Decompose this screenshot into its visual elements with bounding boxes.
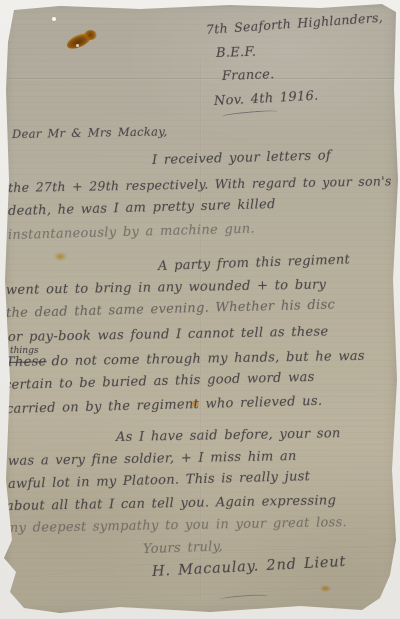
paper-speck: [76, 44, 79, 47]
rust-stain: [84, 30, 97, 40]
orange-stain: [320, 585, 331, 592]
letterhead-regiment: 7th Seaforth Highlanders,: [205, 10, 383, 37]
struck-word: These: [6, 354, 47, 370]
letter-line: the dead that same evening. Whether his …: [6, 297, 335, 321]
letter-line: or pay-book was found I cannot tell as t…: [8, 324, 329, 345]
letter-line: went out to bring in any wounded + to bu…: [6, 277, 327, 298]
letterhead-unit: B.E.F.: [216, 45, 257, 61]
letter-line: was a very fine soldier, + I miss him an: [8, 449, 297, 469]
letter-line: As I have said before, your son: [116, 426, 341, 445]
letter-line: my deepest sympathy to you in your great…: [6, 515, 347, 536]
letter-line: I received your letters of: [152, 148, 331, 168]
paper-speck: [52, 17, 56, 21]
pen-flourish: [220, 594, 268, 602]
letter-line-text: do not come through my hands, but he was: [51, 349, 365, 369]
letter-line: awful lot in my Platoon. This is really …: [8, 469, 311, 492]
letter-line: certain to be buried as this good word w…: [4, 370, 315, 393]
salutation: Dear Mr & Mrs Mackay,: [12, 124, 168, 141]
letter-line: about all that I can tell you. Again exp…: [6, 493, 336, 514]
letter-photograph: 7th Seaforth Highlanders, B.E.F. France.…: [0, 0, 400, 619]
letter-line: carried on by the regiment who relieved …: [6, 394, 323, 417]
letter-line: instantaneously by a machine gun.: [8, 222, 255, 243]
closing: Yours truly,: [143, 539, 223, 557]
letter-paper: 7th Seaforth Highlanders, B.E.F. France.…: [0, 0, 400, 619]
letter-line: death, he was I am pretty sure killed: [8, 197, 276, 219]
letter-line-with-correction: Thesedo not come through my hands, but h…: [6, 349, 365, 370]
letterhead-date: Nov. 4th 1916.: [214, 89, 319, 109]
yellow-stain: [54, 252, 67, 261]
pen-flourish: [222, 109, 278, 119]
letter-line: A party from this regiment: [158, 252, 351, 274]
signature: H. Macaulay. 2nd Lieut: [152, 554, 347, 580]
letterhead-place: France.: [222, 67, 275, 84]
